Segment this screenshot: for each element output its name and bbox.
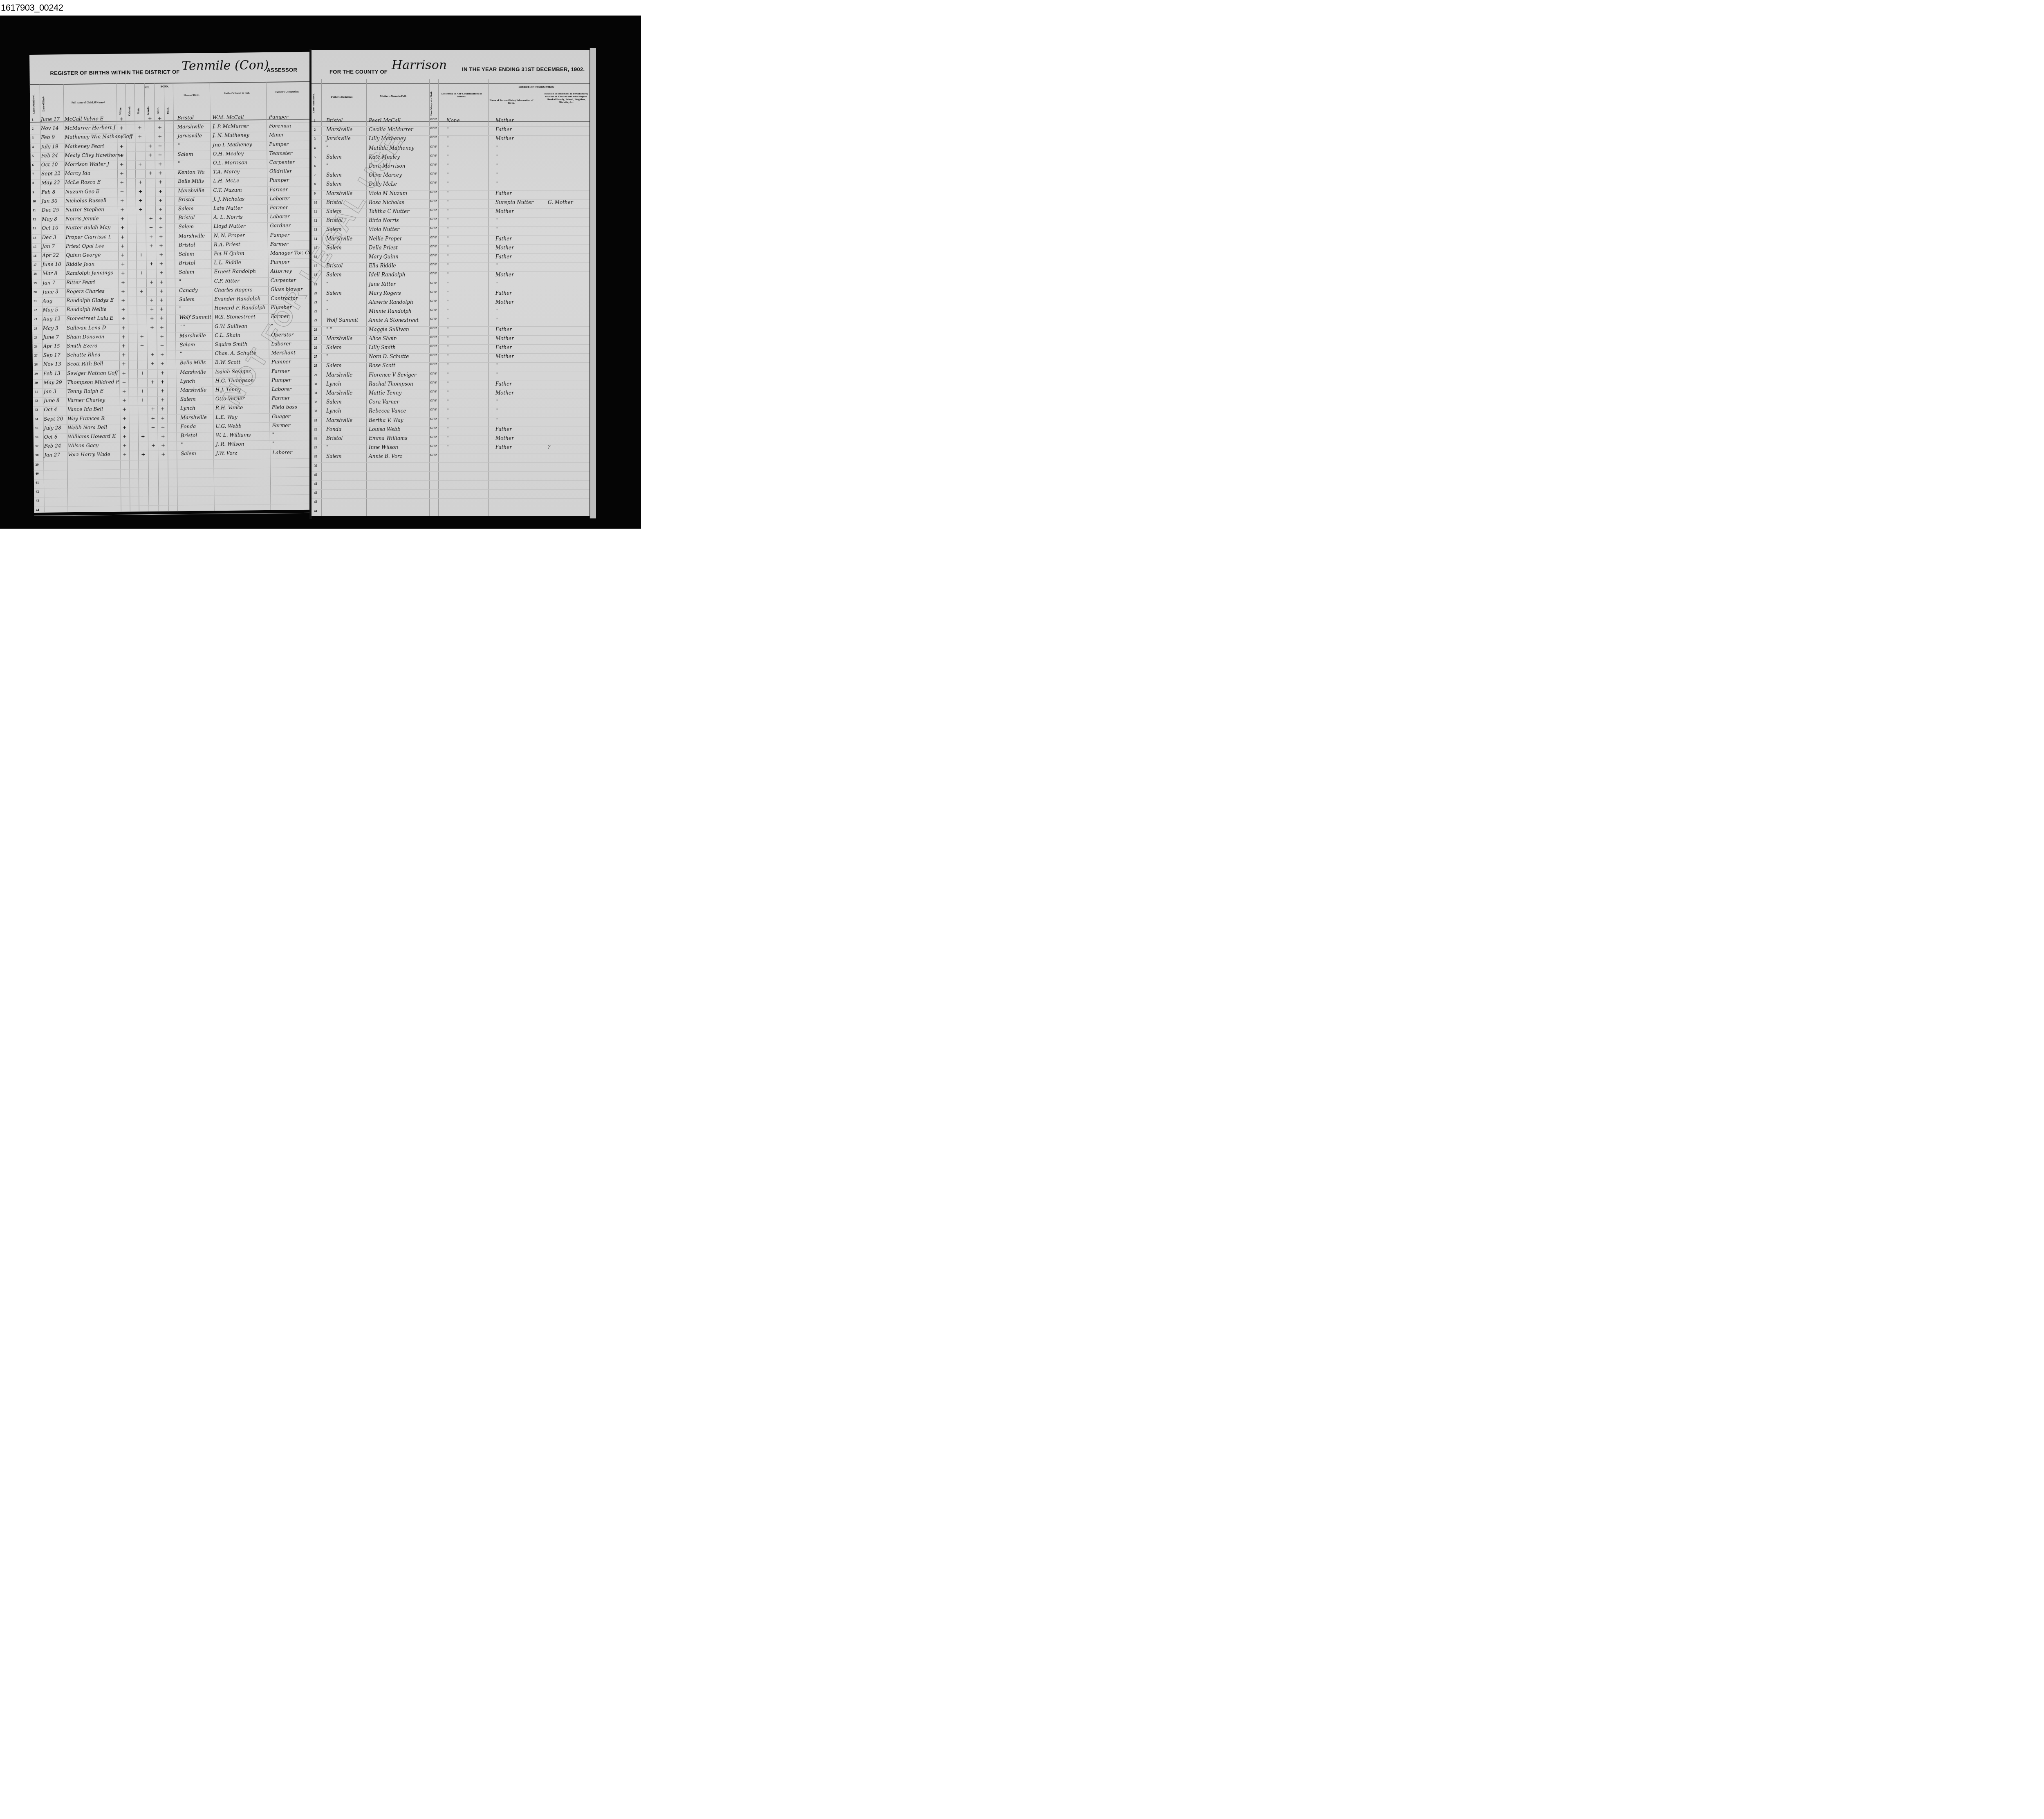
deformity: "	[446, 345, 449, 350]
female-mark: +	[151, 406, 155, 412]
female-mark: +	[151, 442, 155, 448]
birth-date: Feb 9	[41, 135, 55, 140]
line-number: 8	[314, 182, 316, 186]
birth-date: Jan 7	[42, 243, 55, 249]
alive-mark: +	[159, 252, 163, 258]
deformity: "	[446, 254, 449, 260]
father-residence: Marshville	[326, 127, 352, 132]
father-residence: Salem	[326, 399, 342, 405]
alive-mark: +	[159, 270, 164, 276]
father-name: Ernest Randolph	[214, 269, 256, 275]
informant-name: "	[495, 372, 498, 378]
father-name: O.H. Mealey	[213, 150, 243, 157]
deformity: "	[446, 200, 449, 205]
place-of-birth: " "	[179, 324, 186, 330]
father-name: W.S. Stonestreet	[215, 314, 255, 320]
mother-name: Della Priest	[369, 245, 398, 251]
line-number: 22	[314, 310, 317, 313]
informant-name: Father	[495, 345, 512, 350]
informant-name: Mother	[495, 299, 514, 305]
white-mark: +	[119, 143, 123, 149]
line-number: 7	[32, 172, 34, 176]
father-residence: Salem	[326, 453, 342, 459]
informant-name: Mother	[495, 354, 514, 359]
deformity: "	[446, 145, 449, 151]
father-occupation: Pumper	[269, 177, 289, 183]
deformity: "	[446, 417, 449, 423]
female-mark: +	[150, 297, 154, 303]
line-number: 6	[32, 163, 34, 167]
mother-name: Minnie Randolph	[369, 308, 412, 314]
birth-date: June 17	[41, 116, 60, 122]
father-name: U.G. Webb	[215, 423, 242, 429]
female-mark: +	[151, 424, 155, 430]
mother-name: Idell Randolph	[369, 272, 405, 278]
alive-mark: +	[158, 161, 162, 167]
father-name: C.T. Nuzum	[213, 187, 242, 193]
child-name: McLe Rosco E	[65, 179, 101, 186]
how-many-at-birth: one	[430, 362, 437, 366]
father-occupation: Laborer	[270, 214, 290, 220]
line-number: 4	[314, 146, 316, 150]
white-mark: +	[122, 361, 126, 367]
right-page: FOR THE COUNTY OF Harrison IN THE YEAR E…	[312, 50, 589, 516]
how-many-at-birth: one	[430, 426, 437, 430]
informant-name: "	[495, 281, 498, 287]
informant-name: Mother	[495, 209, 514, 214]
mother-name: Louisa Webb	[369, 426, 401, 432]
white-mark: +	[120, 207, 124, 213]
place-of-birth: Salem	[180, 396, 196, 402]
place-of-birth: Marshville	[178, 187, 204, 193]
female-mark: +	[150, 315, 154, 321]
father-occupation: Oildriller	[269, 168, 292, 174]
alive-mark: +	[159, 224, 163, 230]
child-name: Matheney Pearl	[65, 143, 104, 149]
table-row: 21"Alawrie Randolphone"Mother	[312, 299, 589, 308]
white-mark: +	[119, 125, 123, 131]
birth-date: Jan 7	[43, 280, 55, 285]
place-of-birth: Fonda	[180, 424, 196, 429]
male-mark: +	[139, 197, 143, 203]
father-occupation: Laborer	[270, 195, 290, 202]
how-many-at-birth: one	[430, 344, 437, 348]
deformity: "	[446, 281, 449, 287]
alive-mark: +	[158, 179, 162, 185]
white-mark: +	[121, 288, 125, 294]
father-occupation: Laborer	[272, 450, 292, 456]
table-row: 5SalemKate Mealeyone""	[312, 154, 589, 163]
hdr-child-name: Full name of Child, if Named.	[66, 101, 111, 104]
table-row: 38SalemAnnie B. Vorzone	[312, 453, 589, 462]
line-number: 34	[35, 417, 38, 421]
birth-date: Oct 6	[44, 434, 58, 440]
father-residence: Marshville	[326, 336, 352, 341]
father-residence: "	[326, 354, 329, 359]
alive-mark: +	[159, 261, 163, 267]
how-many-at-birth: one	[430, 181, 437, 185]
father-occupation: Farmer	[271, 368, 290, 374]
father-residence: Jarvisville	[326, 136, 351, 141]
male-mark: +	[138, 134, 142, 140]
father-occupation: Farmer	[272, 395, 290, 401]
father-residence: "	[326, 145, 329, 151]
mother-name: Birta Norris	[369, 218, 399, 223]
table-row: 37"Inne Wilsonone"Father?	[312, 444, 589, 453]
father-occupation: Gardner	[270, 223, 291, 229]
father-residence: Salem	[326, 181, 342, 187]
father-occupation: Farmer	[272, 422, 290, 428]
birth-date: June 10	[42, 261, 61, 267]
male-mark: +	[141, 388, 145, 394]
child-name: Riddle Jean	[66, 261, 94, 267]
male-mark: +	[141, 451, 145, 457]
mother-name: Maggie Sullivan	[369, 327, 409, 332]
place-of-birth: Marshville	[179, 233, 205, 239]
table-row: 30LynchRachal Thompsonone"Father	[312, 381, 589, 390]
mother-name: Lilly Smith	[369, 345, 396, 350]
father-name: G.W. Sullivan	[215, 323, 247, 329]
place-of-birth: Bristol	[178, 197, 195, 202]
birth-date: Mar 8	[43, 271, 58, 276]
line-number: 17	[33, 263, 36, 267]
father-name: Howard F. Randolph	[214, 305, 265, 311]
father-residence: "	[326, 444, 329, 450]
hdr-date-of-birth: Date of Birth.	[42, 92, 45, 116]
informant-name: Mother	[495, 118, 514, 123]
father-name: Squire Smith	[215, 341, 247, 347]
how-many-at-birth: one	[430, 353, 437, 357]
deformity: "	[446, 245, 449, 251]
female-mark: +	[148, 170, 152, 176]
line-number: 5	[314, 155, 316, 159]
informant-name: Father	[495, 127, 512, 132]
birth-date: Sept 20	[44, 416, 63, 422]
deformity: "	[446, 336, 449, 341]
mother-name: Jane Ritter	[369, 281, 396, 287]
informant-name: Father	[495, 290, 512, 296]
table-row: 3JarvisvilleLilly Matheneyone"Mother	[312, 135, 589, 145]
table-row: 22"Minnie Randolphone""	[312, 308, 589, 317]
alive-mark: +	[160, 343, 164, 348]
table-row: 33LynchRebecca Vanceone""	[312, 408, 589, 417]
line-number: 38	[314, 455, 317, 458]
father-occupation: Pumper	[269, 141, 289, 147]
father-residence: Salem	[326, 345, 342, 350]
deformity: "	[446, 136, 449, 141]
alive-mark: +	[158, 188, 162, 194]
line-number: 1	[32, 118, 34, 121]
title-prefix: REGISTER OF BIRTHS WITHIN THE DISTRICT O…	[50, 69, 179, 76]
white-mark: +	[119, 134, 123, 140]
informant-relation: ?	[548, 444, 550, 450]
white-mark: +	[122, 388, 126, 394]
father-name: Pat H Quinn	[214, 251, 244, 257]
female-mark: +	[148, 143, 152, 148]
line-number: 26	[314, 346, 317, 350]
line-number: 7	[314, 173, 316, 177]
how-many-at-birth: one	[430, 226, 437, 230]
alive-mark: +	[160, 361, 164, 366]
table-row: 24" "Maggie Sullivanone"Father	[312, 326, 589, 336]
how-many-at-birth: one	[430, 390, 437, 394]
father-residence: Salem	[326, 290, 342, 296]
informant-name: "	[495, 163, 498, 169]
birth-date: June 8	[44, 397, 60, 403]
birth-date: June 3	[43, 289, 58, 294]
alive-mark: +	[161, 406, 165, 412]
how-many-at-birth: one	[430, 117, 437, 121]
alive-mark: +	[161, 397, 165, 403]
line-number: 12	[314, 219, 317, 222]
alive-mark: +	[158, 125, 162, 130]
informant-name: "	[495, 408, 498, 414]
table-row: 19"Jane Ritterone""	[312, 281, 589, 290]
line-number: 28	[34, 363, 38, 366]
child-name: Mealy Cilvy Hawthorne	[65, 152, 124, 158]
female-mark: +	[150, 379, 155, 385]
place-of-birth: Lynch	[180, 378, 195, 384]
mother-name: Talitha C Nutter	[369, 209, 409, 214]
table-row: 31MarshvilleMattie Tennyone"Mother	[312, 390, 589, 399]
line-number: 14	[33, 236, 36, 239]
alive-mark: +	[158, 134, 162, 139]
female-mark: +	[151, 415, 155, 421]
father-residence: Salem	[326, 154, 342, 160]
father-occupation: Teamster	[269, 150, 292, 156]
father-name: O.L. Morrison	[213, 159, 248, 166]
alive-mark: +	[159, 197, 163, 203]
father-residence: Bristol	[326, 435, 343, 441]
line-number: 19	[34, 281, 37, 285]
alive-mark: +	[159, 242, 163, 248]
female-mark: +	[150, 306, 154, 312]
line-number: 11	[33, 209, 36, 212]
white-mark: +	[121, 325, 126, 330]
place-of-birth: "	[179, 278, 182, 284]
informant-name: "	[495, 181, 498, 187]
table-row: 28SalemRose Scottone""	[312, 362, 589, 372]
image-id: 1617903_00242	[1, 2, 63, 13]
white-mark: +	[123, 434, 127, 440]
father-name: L.E. Way	[215, 414, 238, 420]
child-name: Varner Charley	[67, 397, 105, 403]
deformity: "	[446, 354, 449, 359]
table-row: 20SalemMary Rogersone"Father	[312, 290, 589, 299]
male-mark: +	[138, 188, 142, 194]
line-number: 5	[32, 154, 34, 158]
place-of-birth: "	[179, 305, 182, 311]
place-of-birth: Marshville	[180, 369, 206, 375]
informant-name: "	[495, 227, 498, 232]
white-mark: +	[121, 343, 126, 349]
alive-mark: +	[161, 388, 165, 394]
father-name: J. N. Matheney	[213, 132, 249, 139]
child-name: McMurrer Herbert J	[65, 125, 116, 131]
line-number: 21	[314, 301, 317, 304]
how-many-at-birth: one	[430, 435, 437, 439]
place-of-birth: Salem	[179, 251, 194, 257]
birth-date: June 7	[43, 334, 59, 340]
informant-name: Father	[495, 444, 512, 450]
father-occupation: Pumper	[270, 232, 290, 238]
white-mark: +	[120, 170, 124, 176]
table-row: 34MarshvilleBertha V. Wayone""	[312, 417, 589, 426]
father-occupation: Pumper	[271, 377, 291, 383]
hdr-sex: SEX.	[139, 86, 155, 89]
line-number: 26	[34, 345, 37, 348]
female-mark: +	[150, 324, 154, 330]
child-name: Proper Clarrissa L	[66, 234, 112, 240]
line-number: 37	[35, 444, 38, 448]
child-name: Marcy Ida	[65, 170, 90, 177]
child-name: Scott Rith Bell	[67, 361, 103, 367]
birth-date: Jan 30	[42, 198, 58, 204]
alive-mark: +	[159, 279, 164, 285]
child-name: Priest Opal Lee	[66, 243, 104, 249]
how-many-at-birth: one	[430, 417, 437, 421]
child-name: Vorz Harry Wade	[68, 451, 110, 458]
how-many-at-birth: one	[430, 126, 437, 130]
white-mark: +	[120, 188, 124, 194]
child-name: Smith Ezera	[67, 343, 97, 349]
father-name: J. R. Wilson	[216, 441, 244, 447]
birth-date: Dec 25	[42, 207, 59, 213]
white-mark: +	[121, 316, 126, 321]
informant-name: "	[495, 263, 498, 269]
place-of-birth: Salem	[179, 296, 195, 302]
father-name: Jno L Matheney	[213, 141, 252, 148]
father-occupation: Miner	[269, 132, 284, 138]
mother-name: Nellie Proper	[369, 236, 402, 242]
table-row: 2MarshvilleCecilia McMurrerone"Father	[312, 126, 589, 136]
informant-name: "	[495, 145, 498, 151]
mother-name: Inne Wilson	[369, 444, 398, 450]
informant-name: Father	[495, 236, 512, 242]
place-of-birth: Bells Mills	[178, 178, 204, 184]
father-residence: "	[326, 163, 329, 169]
father-name: J.W. Vorz	[216, 450, 238, 456]
white-mark: +	[121, 334, 126, 339]
how-many-at-birth: one	[430, 317, 437, 321]
informant-relation: G. Mother	[548, 200, 573, 205]
deformity: "	[446, 308, 449, 314]
how-many-at-birth: one	[430, 217, 437, 221]
father-occupation: Pumper	[271, 359, 291, 365]
father-residence: Marshville	[326, 417, 352, 423]
image-label-bar: 1617903_00242	[0, 0, 641, 16]
deformity: "	[446, 181, 449, 187]
how-many-at-birth: one	[430, 135, 437, 139]
child-name: Randolph Gladys E	[66, 297, 114, 303]
white-mark: +	[122, 415, 126, 421]
child-name: Randolph Jennings	[66, 270, 113, 276]
how-many-at-birth: one	[430, 154, 437, 158]
line-number: 9	[314, 192, 316, 195]
birth-date: Oct 10	[41, 161, 58, 167]
father-residence: "	[326, 308, 329, 314]
birth-date: Oct 10	[42, 225, 58, 231]
how-many-at-birth: one	[430, 308, 437, 312]
child-name: Norris Jennie	[65, 215, 99, 222]
how-many-at-birth: one	[430, 271, 437, 276]
place-of-birth: Bristol	[179, 242, 195, 248]
child-name: Nutter Stephen	[65, 206, 104, 213]
deformity: "	[446, 191, 449, 196]
deformity: "	[446, 154, 449, 160]
how-many-at-birth: one	[430, 299, 437, 303]
table-row: 29MarshvilleFlorence V Sevigerone""	[312, 372, 589, 381]
hdr-father-name: Father's Name in Full.	[211, 92, 264, 95]
table-row: 27"Nora D. Schutteone"Mother	[312, 353, 589, 363]
place-of-birth: Bristol	[177, 115, 194, 121]
female-mark: +	[149, 224, 153, 230]
how-many-at-birth: one	[430, 372, 437, 376]
white-mark: +	[122, 424, 126, 430]
place-of-birth: "	[178, 160, 180, 166]
alive-mark: +	[161, 424, 165, 430]
line-number: 3	[32, 136, 34, 139]
male-mark: +	[140, 343, 144, 348]
alive-mark: +	[161, 415, 165, 421]
female-mark: +	[148, 152, 152, 158]
father-occupation: Carpenter	[269, 159, 295, 165]
alive-mark: +	[160, 324, 164, 330]
deformity: "	[446, 363, 449, 368]
female-mark: +	[149, 243, 153, 249]
mother-name: Viola Nutter	[369, 227, 399, 232]
line-number: 35	[35, 426, 38, 430]
mother-name: Nora D. Schutte	[369, 354, 409, 359]
line-number: 10	[33, 200, 36, 203]
father-name: Lloyd Nutter	[213, 223, 245, 229]
white-mark: +	[120, 197, 124, 203]
father-name: T.A. Marcy	[213, 169, 240, 175]
birth-date: May 8	[42, 216, 57, 222]
mother-name: Annie B. Vorz	[369, 453, 402, 459]
place-of-birth: Bristol	[178, 215, 195, 220]
father-residence: Salem	[326, 172, 342, 178]
birth-date: Jan 3	[44, 388, 56, 394]
father-residence: " "	[326, 327, 332, 332]
left-title: REGISTER OF BIRTHS WITHIN THE DISTRICT O…	[50, 69, 179, 76]
female-mark: +	[148, 116, 152, 121]
line-number: 42	[314, 491, 317, 495]
county-label: FOR THE COUNTY OF	[329, 69, 388, 75]
how-many-at-birth: one	[430, 381, 437, 385]
hdr-born: BORN.	[157, 85, 173, 88]
informant-name: Mother	[495, 245, 514, 251]
alive-mark: +	[158, 152, 162, 157]
father-occupation: Farmer	[270, 204, 288, 210]
informant-name: "	[495, 218, 498, 223]
table-row: 17BristolElla Riddleone""	[312, 262, 589, 272]
alive-mark: +	[161, 433, 165, 439]
line-number: 40	[314, 473, 317, 477]
how-many-at-birth: one	[430, 172, 437, 176]
white-mark: +	[123, 443, 127, 449]
deformity: "	[446, 317, 449, 323]
mother-name: Pearl McCall	[369, 118, 401, 123]
white-mark: +	[122, 370, 126, 376]
line-number: 1	[314, 119, 316, 123]
informant-name: Father	[495, 381, 512, 387]
line-number: 27	[314, 355, 317, 359]
informant-name: Mother	[495, 435, 514, 441]
father-residence: Salem	[326, 272, 342, 278]
white-mark: +	[121, 234, 125, 240]
deformity: "	[446, 218, 449, 223]
